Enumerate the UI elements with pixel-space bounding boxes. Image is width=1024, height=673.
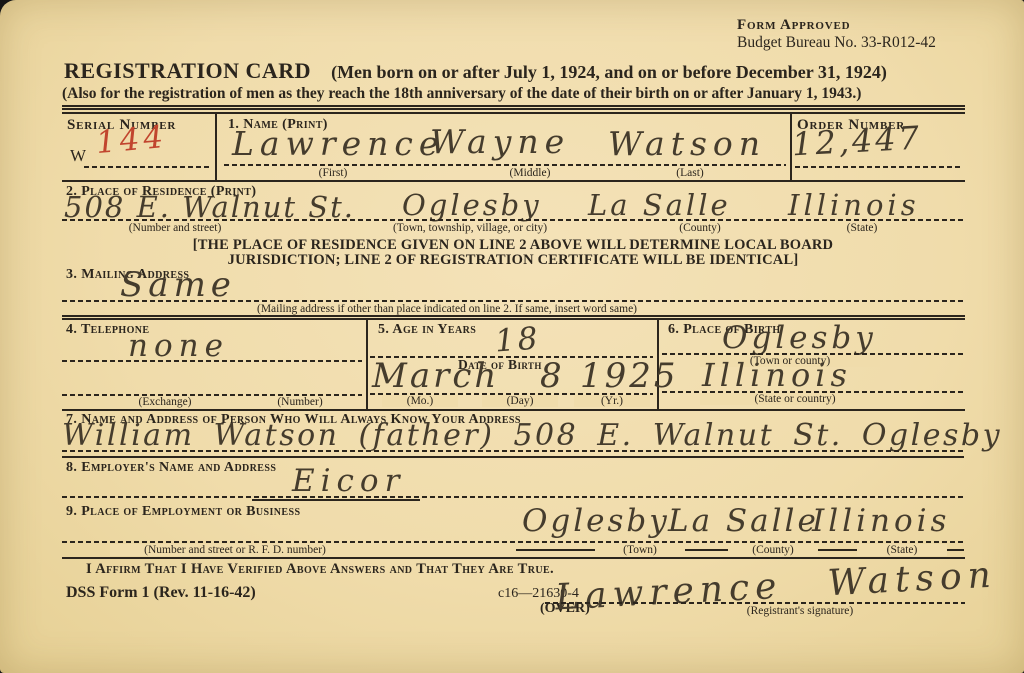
employment-line <box>62 541 964 543</box>
residence-sub-town: (Town, township, village, or city) <box>360 222 580 234</box>
age-value: 18 <box>494 320 542 359</box>
contact-value: William Watson (father) 508 E. Walnut St… <box>62 418 1002 453</box>
divider <box>366 320 368 409</box>
signature-sub: (Registrant's signature) <box>690 605 910 617</box>
dob-sub-month: (Mo.) <box>382 395 458 407</box>
dob-year-value: 1925 <box>580 356 679 396</box>
residence-sub-street: (Number and street) <box>100 222 250 234</box>
employer-label: 8. Employer's Name and Address <box>66 460 276 476</box>
telephone-value: none <box>128 328 229 364</box>
employment-county-value: La Salle <box>668 503 819 539</box>
dob-sub-day: (Day) <box>482 395 558 407</box>
employment-sub-county: (County) <box>728 544 818 556</box>
employment-sub-state: (State) <box>857 544 947 556</box>
signature-line <box>545 602 965 604</box>
employment-state-value: Illinois <box>812 503 950 539</box>
birthplace-town-value: Oglesby <box>722 320 877 356</box>
dob-month-value: March <box>372 356 499 396</box>
page-title: REGISTRATION CARD <box>64 58 311 83</box>
name-sub-middle: (Middle) <box>480 167 580 179</box>
mailing-sub: (Mailing address if other than place ind… <box>62 303 832 315</box>
telephone-sub-exchange: (Exchange) <box>115 396 215 408</box>
budget-bureau-number: Budget Bureau No. 33-R012-42 <box>737 34 936 52</box>
birthplace-sub-state: (State or country) <box>700 393 890 405</box>
name-line <box>224 164 786 166</box>
age-label: 5. Age in Years <box>378 322 476 338</box>
residence-sub-county: (County) <box>650 222 750 234</box>
mailing-line <box>62 300 964 302</box>
heavy-rule <box>62 108 965 114</box>
dob-sub-year: (Yr.) <box>574 395 650 407</box>
affirmation-statement: I Affirm That I Have Verified Above Answ… <box>86 561 554 578</box>
rule <box>62 409 965 411</box>
birthplace-state-value: Illinois <box>702 356 852 394</box>
employment-town-value: Oglesby <box>522 503 670 539</box>
rule <box>62 456 964 458</box>
registration-card: Form Approved Budget Bureau No. 33-R012-… <box>0 0 1024 673</box>
name-sub-last: (Last) <box>640 167 740 179</box>
telephone-line1 <box>62 360 362 362</box>
employer-value: Eicor <box>292 463 405 499</box>
residence-sub-state: (State) <box>812 222 912 234</box>
divider <box>215 114 217 180</box>
residence-town-value: Oglesby <box>402 188 542 222</box>
form-id: DSS Form 1 (Rev. 11-16-42) <box>66 584 256 602</box>
rule <box>62 557 965 559</box>
name-middle-value: Wayne <box>430 122 570 161</box>
order-number-value: 12,447 <box>791 119 923 164</box>
employment-sub-town: (Town) <box>595 544 685 556</box>
dob-day-value: 8 <box>540 356 562 396</box>
employment-sub-street: (Number and street or R. F. D. number) <box>110 544 360 556</box>
name-last-value: Watson <box>608 124 766 163</box>
subtitle: (Also for the registration of men as the… <box>62 85 965 107</box>
title-eligibility-note: (Men born on or after July 1, 1924, and … <box>331 62 887 82</box>
name-sub-first: (First) <box>283 167 383 179</box>
mailing-value: Same <box>120 265 236 305</box>
employer-line <box>62 496 964 498</box>
employment-label: 9. Place of Employment or Business <box>66 504 300 520</box>
name-first-value: Lawrence <box>232 124 444 163</box>
rule-segment <box>252 499 420 501</box>
residence-state-value: Illinois <box>788 188 920 222</box>
rule <box>62 180 965 182</box>
order-line <box>795 166 963 168</box>
contact-line <box>62 450 964 452</box>
form-approved-line: Form Approved <box>737 17 850 34</box>
serial-prefix: W <box>70 146 86 166</box>
serial-number-value: 144 <box>95 119 169 161</box>
title-row: REGISTRATION CARD (Men born on or after … <box>64 58 887 84</box>
telephone-sub-number: (Number) <box>250 396 350 408</box>
residence-line <box>62 219 964 221</box>
residence-county-value: La Salle <box>588 188 731 222</box>
serial-line <box>84 166 210 168</box>
